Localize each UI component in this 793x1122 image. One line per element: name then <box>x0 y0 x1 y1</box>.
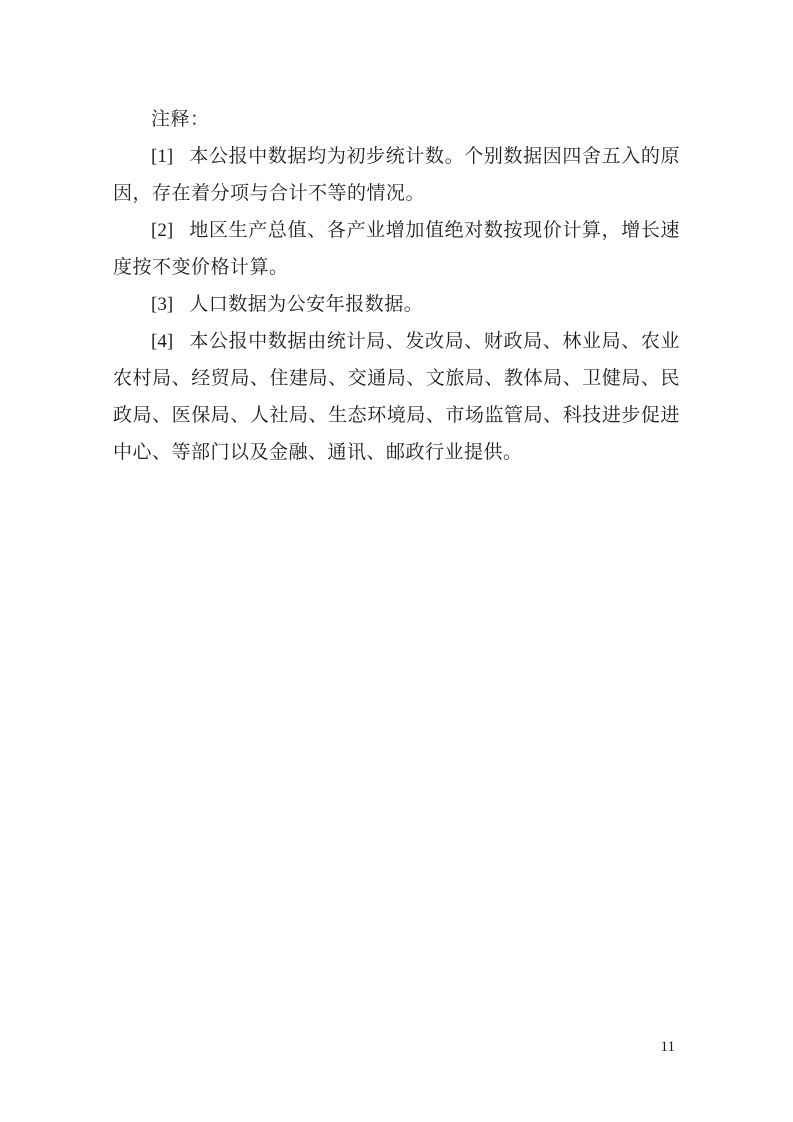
note-label: [2] <box>151 220 173 241</box>
note-label: [1] <box>151 146 173 167</box>
note-text: 人口数据为公安年报数据。 <box>189 294 423 315</box>
note-paragraph-2: [2]地区生产总值、各产业增加值绝对数按现价计算，增长速度按不变价格计算。 <box>113 212 680 286</box>
notes-section: 注释： [1]本公报中数据均为初步统计数。个别数据因四舍五入的原因，存在着分项与… <box>113 101 680 471</box>
notes-heading: 注释： <box>113 101 680 138</box>
note-text: 地区生产总值、各产业增加值绝对数按现价计算，增长速度按不变价格计算。 <box>113 220 680 278</box>
note-text: 本公报中数据由统计局、发改局、财政局、林业局、农业农村局、经贸局、住建局、交通局… <box>113 331 680 463</box>
note-paragraph-3: [3]人口数据为公安年报数据。 <box>113 286 680 323</box>
note-text: 本公报中数据均为初步统计数。个别数据因四舍五入的原因，存在着分项与合计不等的情况… <box>113 146 680 204</box>
note-label: [3] <box>151 294 173 315</box>
note-paragraph-1: [1]本公报中数据均为初步统计数。个别数据因四舍五入的原因，存在着分项与合计不等… <box>113 138 680 212</box>
note-paragraph-4: [4]本公报中数据由统计局、发改局、财政局、林业局、农业农村局、经贸局、住建局、… <box>113 323 680 471</box>
note-label: [4] <box>151 331 173 352</box>
page-number: 11 <box>661 1038 675 1056</box>
document-page: 注释： [1]本公报中数据均为初步统计数。个别数据因四舍五入的原因，存在着分项与… <box>0 0 793 1122</box>
